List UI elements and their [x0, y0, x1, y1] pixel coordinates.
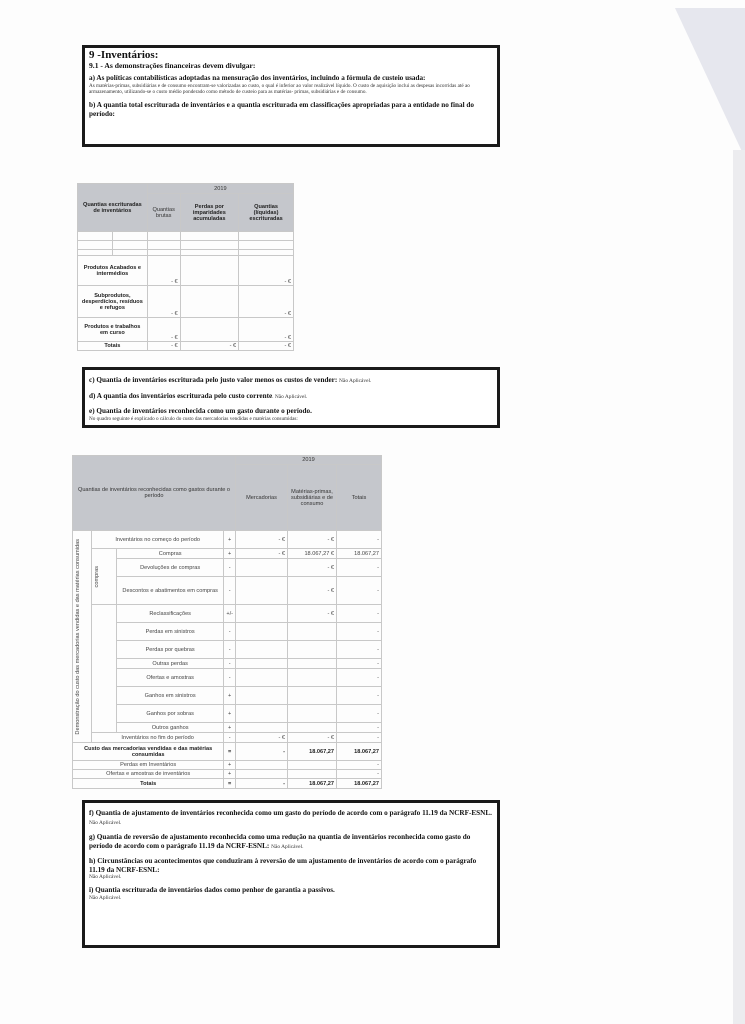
- table-row: Ofertas e amostras de inventários+-: [73, 770, 382, 779]
- totals-row: Totais - € - € - €: [78, 342, 294, 351]
- table-row: Devoluções de compras-- €-: [73, 559, 382, 577]
- totals-row: Totais=-18.067,2718.067,27: [73, 779, 382, 789]
- table1-corner: Quantias escrituradas de inventários: [78, 184, 148, 232]
- table-row: Reclassificações+/-- €-: [73, 605, 382, 623]
- table-row: Produtos e trabalhos em curso - € - €: [78, 318, 294, 342]
- inventory-amounts-table: Quantias escrituradas de inventários 201…: [77, 183, 294, 351]
- page-fold-shadow: [675, 8, 745, 158]
- table-row: Inventários no fim do período-- €- €-: [73, 733, 382, 743]
- item-g: g) Quantia de reversão de ajustamento re…: [89, 833, 493, 851]
- table-row: Ganhos por sobras+-: [73, 705, 382, 723]
- inventory-expense-table: Quantias de inventários reconhecidas com…: [72, 455, 382, 789]
- table1-col: Quantias brutas: [147, 194, 180, 232]
- table2-year: 2019: [236, 456, 382, 465]
- section-subtitle: 9.1 - As demonstrações financeiras devem…: [89, 61, 493, 70]
- section-header-box: 9 -Inventários: 9.1 - As demonstrações f…: [82, 45, 500, 147]
- item-h-value: Não Aplicável.: [89, 874, 493, 880]
- item-a-text: As matérias-primas, subsidiárias e de co…: [89, 83, 493, 96]
- table-row: Ganhos em sinistros+-: [73, 687, 382, 705]
- item-f: f) Quantia de ajustamento de inventários…: [89, 809, 493, 827]
- table1-year: 2019: [147, 184, 293, 194]
- item-c: c) Quantia de inventários escriturada pe…: [89, 376, 493, 386]
- table2-corner: Quantias de inventários reconhecidas com…: [73, 456, 236, 531]
- table-row: Perdas em Inventários+-: [73, 761, 382, 770]
- item-h-heading: h) Circunstâncias ou acontecimentos que …: [89, 857, 493, 874]
- item-b-heading: b) A quantia total escriturada de invent…: [89, 101, 493, 118]
- table1-col: Perdas por imparidades acumuladas: [180, 194, 239, 232]
- table2-col: Mercadorias: [236, 465, 288, 531]
- table-row: Descontos e abatimentos em compras-- €-: [73, 577, 382, 605]
- table2-col: Matérias-primas, subsidiárias e de consu…: [288, 465, 337, 531]
- section-title: 9 -Inventários:: [89, 50, 493, 61]
- page-edge-shadow: [733, 150, 745, 1024]
- table-row: Custo das mercadorias vendidas e das mat…: [73, 743, 382, 761]
- table-row: Subprodutos, desperdícios, resíduos e re…: [78, 286, 294, 318]
- items-c-e-box: c) Quantia de inventários escriturada pe…: [82, 367, 500, 428]
- item-d: d) A quantia dos inventários escriturada…: [89, 392, 493, 402]
- item-a-heading: a) As políticas contabilísticas adoptada…: [89, 74, 493, 83]
- side-label: Demonstração do custo das mercadorias ve…: [73, 531, 92, 743]
- table-row: Perdas por quebras--: [73, 641, 382, 659]
- table-row: Ofertas e amostras--: [73, 669, 382, 687]
- item-e-text: No quadro seguinte é explicado o cálculo…: [89, 416, 493, 422]
- items-f-i-box: f) Quantia de ajustamento de inventários…: [82, 800, 500, 948]
- table1-col: Quantias (líquidas) escrituradas: [239, 194, 294, 232]
- table-row: Outros ganhos+-: [73, 723, 382, 733]
- item-i-heading: i) Quantia escriturada de inventários da…: [89, 886, 493, 895]
- item-e-heading: e) Quantia de inventários reconhecida co…: [89, 407, 493, 416]
- item-i-value: Não Aplicável.: [89, 895, 493, 901]
- table-row: Produtos Acabados e intermédios - € - €: [78, 256, 294, 286]
- table2-col: Totais: [337, 465, 382, 531]
- table-row: comprasCompras+- €18.067,27 €18.067,27: [73, 549, 382, 559]
- compras-label: compras: [92, 549, 117, 605]
- table-row: Outras perdas--: [73, 659, 382, 669]
- table-row: Demonstração do custo das mercadorias ve…: [73, 531, 382, 549]
- table-row: Perdas em sinistros--: [73, 623, 382, 641]
